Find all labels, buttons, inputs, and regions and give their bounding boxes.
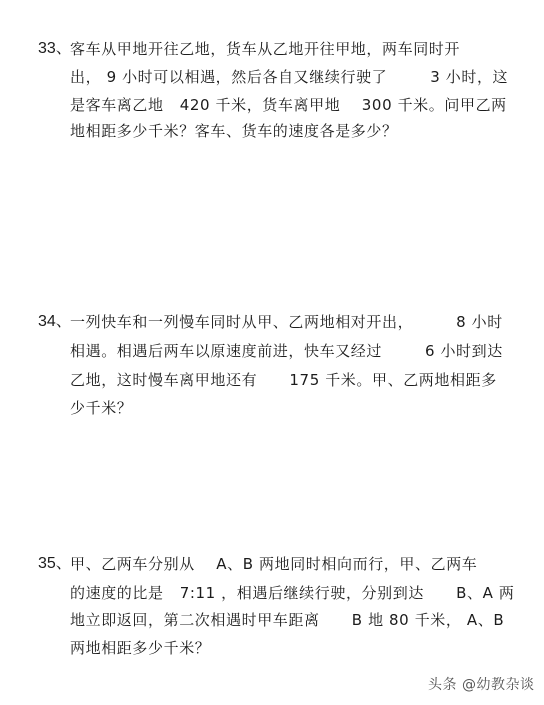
question-text-line: 少千米？ [70, 400, 132, 416]
question-text-line: 相遇。相遇后两车以原速度前进，快车又经过 6 小时到达 [70, 343, 503, 359]
question-number: 35、 [38, 556, 72, 572]
question-text-line: 的速度的比是 7:11 ，相遇后继续行驶，分别到达 B、A 两 [70, 585, 515, 601]
question-text-line: 出， 9 小时可以相遇，然后各自又继续行驶了 3 小时，这 [70, 69, 508, 85]
question-text-line: 地相距多少千米？客车、货车的速度各是多少？ [70, 123, 398, 139]
question-text-line: 客车从甲地开往乙地，货车从乙地开往甲地，两车同时开 [70, 41, 460, 57]
question-text-line: 地立即返回，第二次相遇时甲车距离 B 地 80 千米， A、B [70, 612, 504, 628]
question-text-line: 是客车离乙地 420 千米，货车离甲地 300 千米。问甲乙两 [70, 97, 507, 113]
watermark: 头条 @幼教杂谈 [428, 677, 534, 693]
worksheet-page: 33、 客车从甲地开往乙地，货车从乙地开往甲地，两车同时开 出， 9 小时可以相… [0, 0, 544, 705]
question-text-line: 甲、乙两车分别从 A、B 两地同时相向而行，甲、乙两车 [70, 556, 477, 572]
question-number: 34、 [38, 314, 72, 330]
question-number: 33、 [38, 41, 72, 57]
question-text-line: 一列快车和一列慢车同时从甲、乙两地相对开出， 8 小时 [70, 314, 503, 330]
question-text-line: 两地相距多少千米？ [70, 640, 210, 656]
question-text-line: 乙地，这时慢车离甲地还有 175 千米。甲、乙两地相距多 [70, 372, 497, 388]
